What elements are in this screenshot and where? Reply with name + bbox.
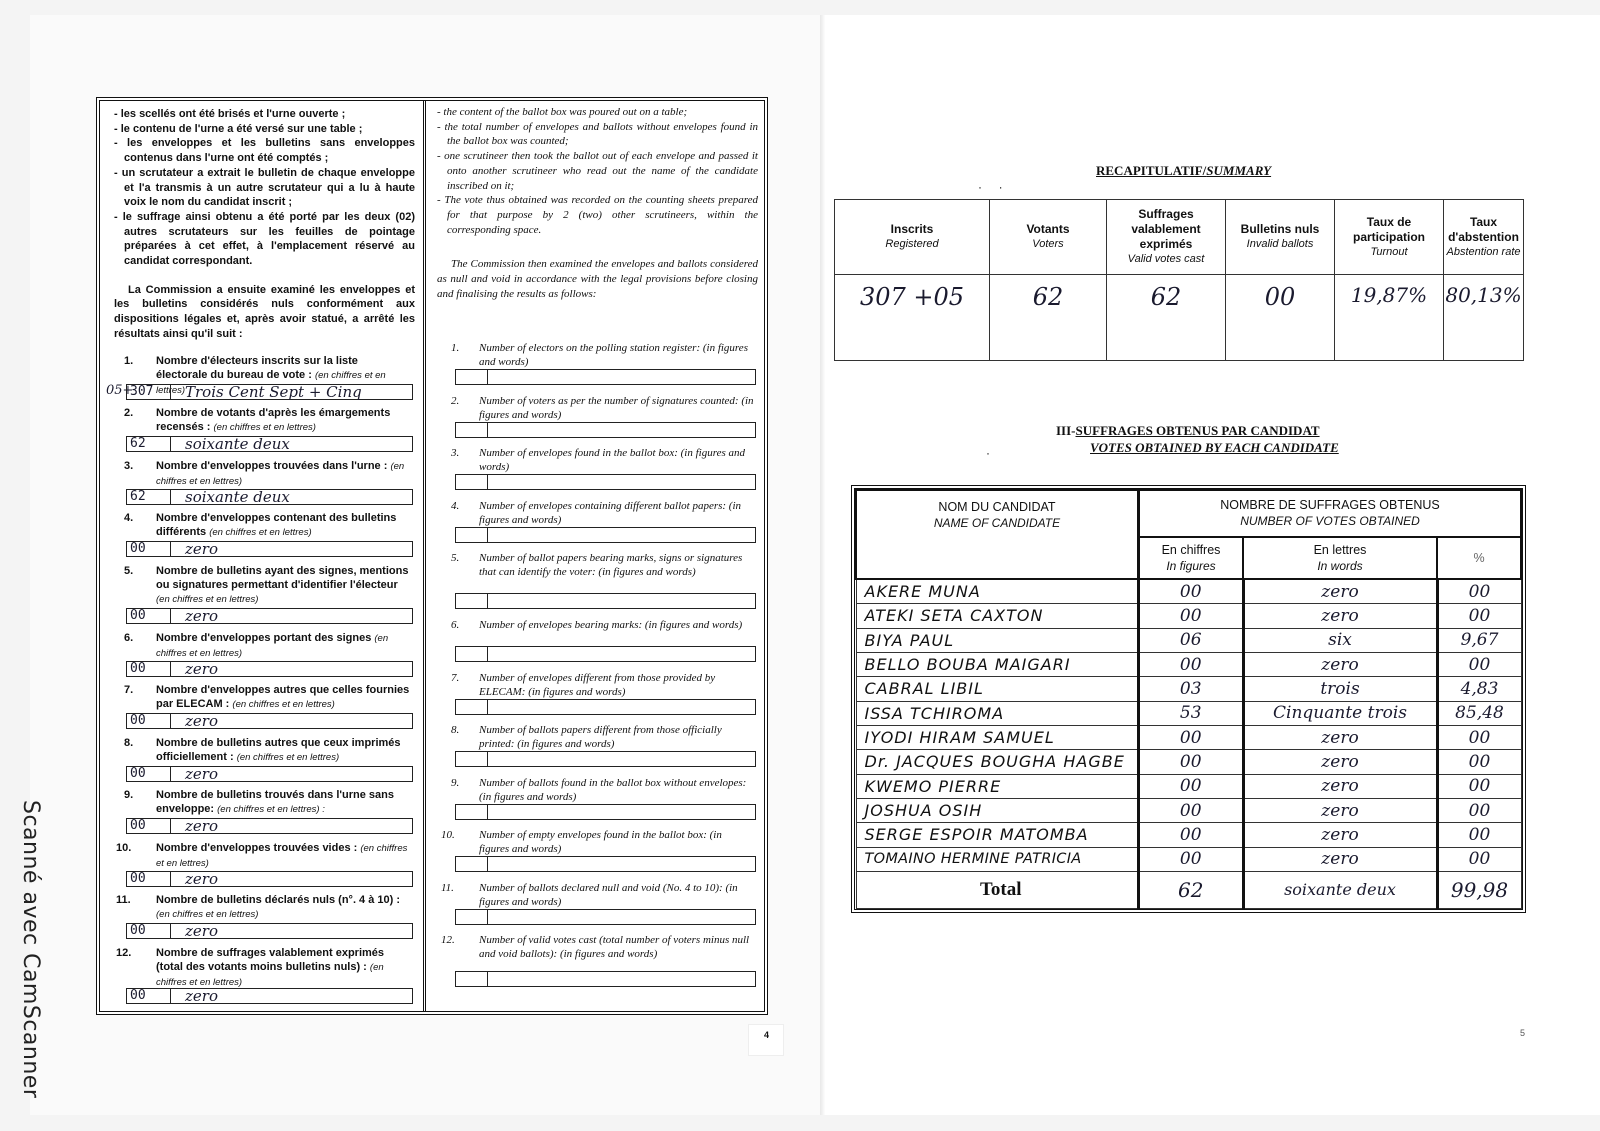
header-valid-votes: Suffrages valablement exprimésValid vote… [1107, 200, 1226, 275]
fr-field-1[interactable]: 307Trois Cent Sept + Cinq [126, 384, 413, 400]
header-abstention: Taux d'abstentionAbstention rate [1444, 200, 1524, 275]
item-number: 10. [116, 841, 131, 856]
candidate-name: TOMAINO HERMINE PATRICIA [856, 847, 1139, 871]
item-label: Number of ballot papers bearing marks, s… [479, 551, 754, 579]
en-field-6[interactable] [455, 646, 756, 662]
field-words: zero [171, 767, 218, 781]
en-field-9[interactable] [455, 804, 756, 820]
item-number: 9. [124, 788, 133, 803]
en-bullet: - the content of the ballot box was pour… [437, 105, 758, 120]
item-number: 12. [441, 933, 455, 948]
fr-items: 1. Nombre d'électeurs inscrits sur la li… [114, 354, 415, 1006]
fr-field-7[interactable]: 00zero [126, 713, 413, 729]
fr-bullet: - les scellés ont été brisés et l'urne o… [114, 107, 415, 122]
field-words: zero [171, 872, 218, 886]
en-field-3[interactable] [455, 474, 756, 490]
item-number: 11. [116, 893, 131, 908]
item-number: 8. [451, 723, 459, 738]
candidate-pct: 00 [1437, 823, 1521, 847]
field-figure [456, 475, 488, 489]
item-label: Nombre d'enveloppes trouvées vides : [156, 842, 357, 854]
candidate-words: zero [1243, 604, 1437, 628]
field-words: zero [171, 609, 218, 623]
item-label: Nombre d'enveloppes trouvées dans l'urne… [156, 460, 387, 472]
candidate-table: NOM DU CANDIDATNAME OF CANDIDATE NOMBRE … [855, 489, 1522, 909]
total-words: soixante deux [1243, 871, 1437, 908]
fr-field-6[interactable]: 00zero [126, 661, 413, 677]
candidate-figures: 53 [1139, 701, 1244, 725]
votes-section-subtitle: VOTES OBTAINED BY EACH CANDIDATE [1090, 440, 1339, 456]
field-figure [456, 370, 488, 384]
field-figure [456, 594, 488, 608]
field-words: soixante deux [171, 437, 290, 451]
candidate-row: BIYA PAUL06six9,67 [856, 628, 1521, 652]
en-field-8[interactable] [455, 751, 756, 767]
item-number: 6. [124, 631, 133, 646]
field-words: Trois Cent Sept + Cinq [171, 385, 362, 399]
total-pct: 99,98 [1437, 871, 1521, 908]
item-label: Number of ballots declared null and void… [479, 881, 754, 909]
field-words: zero [171, 714, 218, 728]
item-number: 5. [124, 564, 133, 579]
candidate-row: ATEKI SETA CAXTON00zero00 [856, 604, 1521, 628]
candidate-pct: 00 [1437, 725, 1521, 749]
item-number: 3. [451, 446, 459, 461]
candidate-words: zero [1243, 774, 1437, 798]
fr-item-8: 8. Nombre de bulletins autres que ceux i… [114, 736, 415, 789]
fr-item-6: 6. Nombre d'enveloppes portant des signe… [114, 631, 415, 684]
field-figure: 00 [127, 989, 171, 1003]
field-figure [456, 423, 488, 437]
item-label: Number of empty envelopes found in the b… [479, 828, 754, 856]
candidate-name: ISSA TCHIROMA [856, 701, 1139, 725]
summary-title-fr: RECAPITULATIF/ [1096, 163, 1206, 178]
summary-title-en: SUMMARY [1206, 163, 1271, 178]
fr-field-2[interactable]: 62soixante deux [126, 436, 413, 452]
scan-speck: · · [978, 180, 1003, 194]
field-figure [456, 857, 488, 871]
candidate-row: JOSHUA OSIH00zero00 [856, 798, 1521, 822]
en-item-10: 10.Number of empty envelopes found in th… [437, 828, 758, 881]
candidate-name: KWEMO PIERRE [856, 774, 1139, 798]
candidate-figures: 00 [1139, 725, 1244, 749]
candidate-row: Dr. JACQUES BOUGHA HAGBE00zero00 [856, 750, 1521, 774]
en-field-2[interactable] [455, 422, 756, 438]
item-number: 9. [451, 776, 459, 791]
field-figure: 00 [127, 924, 171, 938]
value-turnout: 19,87% [1335, 275, 1444, 361]
total-label: Total [856, 871, 1139, 908]
header-invalid-ballots: Bulletins nulsInvalid ballots [1226, 200, 1335, 275]
candidate-name: Dr. JACQUES BOUGHA HAGBE [856, 750, 1139, 774]
en-items: 1.Number of electors on the polling stat… [437, 341, 758, 993]
votes-section-title: III-SUFFRAGES OBTENUS PAR CANDIDAT [1056, 423, 1320, 439]
summary-header-row: InscritsRegistered VotantsVoters Suffrag… [835, 200, 1524, 275]
item-label: Number of voters as per the number of si… [479, 394, 754, 422]
fr-item-9: 9. Nombre de bulletins trouvés dans l'ur… [114, 788, 415, 841]
en-item-9: 9.Number of ballots found in the ballot … [437, 776, 758, 829]
fr-field-12[interactable]: 00zero [126, 988, 413, 1004]
candidate-name: ATEKI SETA CAXTON [856, 604, 1139, 628]
candidate-words: zero [1243, 579, 1437, 604]
header-in-words: En lettresIn words [1243, 537, 1437, 579]
item-label: Nombre de suffrages valablement exprimés… [156, 947, 384, 973]
item-hint: (en chiffres et en lettres) [156, 909, 258, 920]
en-item-11: 11.Number of ballots declared null and v… [437, 881, 758, 934]
candidate-figures: 00 [1139, 798, 1244, 822]
item-number: 7. [124, 683, 133, 698]
item-label: Number of valid votes cast (total number… [479, 933, 754, 961]
header-voters: VotantsVoters [990, 200, 1107, 275]
fr-field-5[interactable]: 00zero [126, 608, 413, 624]
fr-item-12: 12. Nombre de suffrages valablement expr… [114, 946, 415, 1006]
field-figure: 00 [127, 767, 171, 781]
field-figure: 307 [127, 385, 171, 399]
item-number: 2. [124, 406, 133, 421]
item-label: Number of electors on the polling statio… [479, 341, 754, 369]
field-words: zero [171, 924, 218, 938]
en-field-10[interactable] [455, 856, 756, 872]
value-registered: 307 +05 [835, 275, 990, 361]
candidate-figures: 00 [1139, 652, 1244, 676]
field-figure [456, 752, 488, 766]
candidate-row: KWEMO PIERRE00zero00 [856, 774, 1521, 798]
field-figure [456, 805, 488, 819]
scanner-watermark: Scanné avec CamScanner [18, 800, 43, 1098]
candidate-pct: 85,48 [1437, 701, 1521, 725]
en-item-8: 8.Number of ballots papers different fro… [437, 723, 758, 776]
candidate-figures: 00 [1139, 750, 1244, 774]
en-item-6: 6.Number of envelopes bearing marks: (in… [437, 618, 758, 671]
candidate-words: zero [1243, 652, 1437, 676]
page-number-left: 4 [764, 1030, 769, 1040]
candidate-pct: 00 [1437, 750, 1521, 774]
field-figure: 00 [127, 714, 171, 728]
english-bullets: - the content of the ballot box was pour… [437, 105, 758, 237]
item-number: 3. [124, 459, 133, 474]
item-label: Number of ballots found in the ballot bo… [479, 776, 754, 804]
field-figure [456, 528, 488, 542]
en-bullet: - the total number of envelopes and ball… [437, 120, 758, 149]
header-in-figures: En chiffresIn figures [1139, 537, 1244, 579]
candidate-figures: 03 [1139, 677, 1244, 701]
candidate-name: BELLO BOUBA MAIGARI [856, 652, 1139, 676]
item-label: Nombre d'enveloppes portant des signes [156, 632, 371, 644]
candidate-figures: 00 [1139, 823, 1244, 847]
candidate-row: SERGE ESPOIR MATOMBA00zero00 [856, 823, 1521, 847]
en-item-7: 7.Number of envelopes different from tho… [437, 671, 758, 724]
en-field-11[interactable] [455, 909, 756, 925]
en-field-5[interactable] [455, 593, 756, 609]
candidate-name: IYODI HIRAM SAMUEL [856, 725, 1139, 749]
item-label: Number of ballots papers different from … [479, 723, 754, 751]
item-hint: (en chiffres et en lettres) [232, 699, 334, 710]
english-column: - the content of the ballot box was pour… [429, 101, 764, 1011]
summary-value-row: 307 +05 62 62 00 19,87% 80,13% [835, 275, 1524, 361]
item-number: 11. [441, 881, 454, 896]
field-words: zero [171, 989, 218, 1003]
item-label: Number of envelopes bearing marks: (in f… [479, 618, 754, 632]
field-words: zero [171, 542, 218, 556]
value-voters: 62 [990, 275, 1107, 361]
candidate-row: CABRAL LIBIL03trois4,83 [856, 677, 1521, 701]
value-abstention: 80,13% [1444, 275, 1524, 361]
field-words: soixante deux [171, 490, 290, 504]
fr-item-4: 4. Nombre d'enveloppes contenant des bul… [114, 511, 415, 564]
item-number: 4. [124, 511, 133, 526]
candidate-figures: 00 [1139, 579, 1244, 604]
en-item-5: 5.Number of ballot papers bearing marks,… [437, 551, 758, 618]
candidate-pct: 00 [1437, 579, 1521, 604]
candidate-name: CABRAL LIBIL [856, 677, 1139, 701]
summary-table: InscritsRegistered VotantsVoters Suffrag… [834, 199, 1524, 361]
candidate-row: BELLO BOUBA MAIGARI00zero00 [856, 652, 1521, 676]
candidate-figures: 06 [1139, 628, 1244, 652]
item-number: 2. [451, 394, 459, 409]
section-title-fr: SUFFRAGES OBTENUS PAR CANDIDAT [1076, 423, 1320, 438]
fr-field-8[interactable]: 00zero [126, 766, 413, 782]
candidate-name: BIYA PAUL [856, 628, 1139, 652]
en-field-4[interactable] [455, 527, 756, 543]
item-number: 8. [124, 736, 133, 751]
field-figure: 00 [127, 662, 171, 676]
en-field-12[interactable] [455, 971, 756, 987]
header-percent: % [1437, 537, 1521, 579]
page-number-right: 5 [1520, 1028, 1525, 1038]
field-figure [456, 972, 488, 986]
item-hint: (en chiffres et en lettres) [209, 527, 311, 538]
candidate-pct: 00 [1437, 652, 1521, 676]
french-column: - les scellés ont été brisés et l'urne o… [100, 101, 426, 1011]
item-hint: (en chiffres et en lettres) [214, 422, 316, 433]
section-prefix: III- [1056, 423, 1076, 438]
fr-field-4[interactable]: 00zero [126, 541, 413, 557]
item-number: 12. [116, 946, 131, 961]
fr-item-3: 3. Nombre d'enveloppes trouvées dans l'u… [114, 459, 415, 512]
pv-form-box: - les scellés ont été brisés et l'urne o… [96, 97, 768, 1015]
candidate-words: zero [1243, 798, 1437, 822]
item-label: Number of envelopes containing different… [479, 499, 754, 527]
candidate-row: IYODI HIRAM SAMUEL00zero00 [856, 725, 1521, 749]
item-number: 1. [451, 341, 459, 356]
candidate-row: AKERE MUNA00zero00 [856, 579, 1521, 604]
fr-bullet: - le suffrage ainsi obtenu a été porté p… [114, 210, 415, 269]
en-item-2: 2.Number of voters as per the number of … [437, 394, 758, 447]
total-figures: 62 [1139, 871, 1244, 908]
en-item-1: 1.Number of electors on the polling stat… [437, 341, 758, 394]
field-figure [456, 910, 488, 924]
candidate-words: trois [1243, 677, 1437, 701]
fr-field-9[interactable]: 00zero [126, 818, 413, 834]
candidate-votes-table: NOM DU CANDIDATNAME OF CANDIDATE NOMBRE … [851, 485, 1526, 913]
fr-item-11: 11. Nombre de bulletins déclarés nuls (n… [114, 893, 415, 946]
candidate-pct: 4,83 [1437, 677, 1521, 701]
header-candidate-name: NOM DU CANDIDATNAME OF CANDIDATE [856, 490, 1139, 579]
item-hint: (en chiffres et en lettres) : [217, 804, 325, 815]
candidate-figures: 00 [1139, 847, 1244, 871]
candidate-figures: 00 [1139, 774, 1244, 798]
candidate-name: JOSHUA OSIH [856, 798, 1139, 822]
en-bullet: - The vote thus obtained was recorded on… [437, 193, 758, 237]
field-figure: 00 [127, 542, 171, 556]
summary-title: RECAPITULATIF/SUMMARY [1096, 163, 1271, 179]
fr-item-7: 7. Nombre d'enveloppes autres que celles… [114, 683, 415, 736]
item-label: Number of envelopes different from those… [479, 671, 754, 699]
header-votes-obtained: NOMBRE DE SUFFRAGES OBTENUSNUMBER OF VOT… [1139, 490, 1522, 537]
candidate-words: zero [1243, 750, 1437, 774]
item-number: 7. [451, 671, 459, 686]
candidate-figures: 00 [1139, 604, 1244, 628]
fr-item-2: 2. Nombre de votants d'après les émargem… [114, 406, 415, 459]
en-intro: The Commission then examined the envelop… [437, 257, 758, 301]
item-number: 10. [441, 828, 455, 843]
candidate-name: SERGE ESPOIR MATOMBA [856, 823, 1139, 847]
en-field-1[interactable] [455, 369, 756, 385]
field-figure: 62 [127, 490, 171, 504]
en-item-3: 3.Number of envelopes found in the ballo… [437, 446, 758, 499]
item-hint: (en chiffres et en lettres) [156, 594, 258, 605]
field-words: zero [171, 662, 218, 676]
item-hint: (en chiffres et en lettres) [237, 752, 339, 763]
item-number: 4. [451, 499, 459, 514]
field-words: zero [171, 819, 218, 833]
candidate-words: zero [1243, 847, 1437, 871]
header-registered: InscritsRegistered [835, 200, 990, 275]
fr-item-1: 1. Nombre d'électeurs inscrits sur la li… [114, 354, 415, 407]
field-figure: 00 [127, 872, 171, 886]
item-label: Nombre de bulletins déclarés nuls (n°. 4… [156, 894, 400, 906]
item-number: 5. [451, 551, 459, 566]
en-item-12: 12.Number of valid votes cast (total num… [437, 933, 758, 993]
candidate-words: zero [1243, 725, 1437, 749]
fr-field-3[interactable]: 62soixante deux [126, 489, 413, 505]
header-turnout: Taux de participationTurnout [1335, 200, 1444, 275]
field-figure [456, 647, 488, 661]
candidate-pct: 00 [1437, 847, 1521, 871]
candidate-words: Cinquante trois [1243, 701, 1437, 725]
candidate-row: ISSA TCHIROMA53Cinquante trois85,48 [856, 701, 1521, 725]
candidate-pct: 9,67 [1437, 628, 1521, 652]
page-corner-left [748, 1024, 784, 1056]
fr-intro: La Commission a ensuite examiné les enve… [114, 283, 415, 342]
french-bullets: - les scellés ont été brisés et l'urne o… [114, 107, 415, 269]
candidate-pct: 00 [1437, 774, 1521, 798]
fr-field-11[interactable]: 00zero [126, 923, 413, 939]
en-field-7[interactable] [455, 699, 756, 715]
field-figure: 00 [127, 819, 171, 833]
candidate-words: zero [1243, 823, 1437, 847]
en-bullet: - one scrutineer then took the ballot ou… [437, 149, 758, 193]
fr-bullet: - les enveloppes et les bulletins sans e… [114, 136, 415, 165]
item-number: 1. [124, 354, 133, 369]
item-number: 6. [451, 618, 459, 633]
item-label: Number of envelopes found in the ballot … [479, 446, 754, 474]
candidate-pct: 00 [1437, 604, 1521, 628]
candidate-pct: 00 [1437, 798, 1521, 822]
fr-bullet: - un scrutateur a extrait le bulletin de… [114, 166, 415, 210]
total-row: Total62soixante deux99,98 [856, 871, 1521, 908]
field-figure: 00 [127, 609, 171, 623]
candidate-row: TOMAINO HERMINE PATRICIA00zero00 [856, 847, 1521, 871]
field-figure [456, 700, 488, 714]
value-valid-votes: 62 [1107, 275, 1226, 361]
item-label: Nombre de bulletins ayant des signes, me… [156, 565, 408, 591]
field-figure: 62 [127, 437, 171, 451]
fr-field-10[interactable]: 00zero [126, 871, 413, 887]
fr-bullet: - le contenu de l'urne a été versé sur u… [114, 122, 415, 137]
value-invalid-ballots: 00 [1226, 275, 1335, 361]
scan-speck: · [986, 446, 990, 460]
en-item-4: 4.Number of envelopes containing differe… [437, 499, 758, 552]
candidate-name: AKERE MUNA [856, 579, 1139, 604]
cand-header-row-1: NOM DU CANDIDATNAME OF CANDIDATE NOMBRE … [856, 490, 1521, 537]
fr-item-5: 5. Nombre de bulletins ayant des signes,… [114, 564, 415, 631]
fr-item-10: 10. Nombre d'enveloppes trouvées vides :… [114, 841, 415, 894]
candidate-words: six [1243, 628, 1437, 652]
